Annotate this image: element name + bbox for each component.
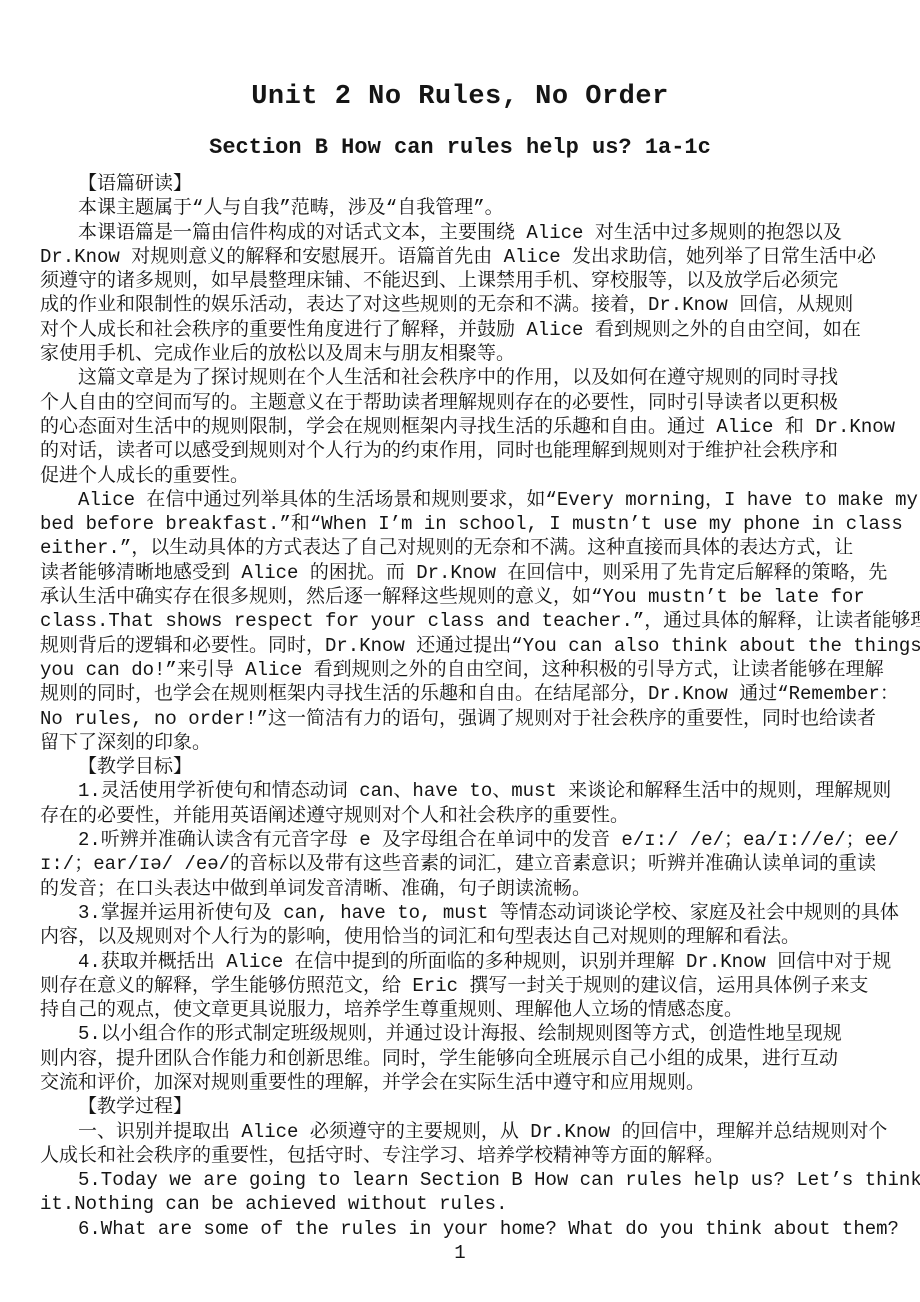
text-line: 5.Today we are going to learn Section B … — [40, 1168, 884, 1192]
text-line: 规则的同时，也学会在规则框架内寻找生活的乐趣和自由。在结尾部分，Dr.Know … — [40, 682, 884, 706]
text-line: 对个人成长和社会秩序的重要性角度进行了解释，并鼓励 Alice 看到规则之外的自… — [40, 318, 884, 342]
text-line: 2.听辨并准确认读含有元音字母 e 及字母组合在单词中的发音 e/ɪ:/ /e/… — [40, 828, 884, 852]
text-line: 的发音；在口头表达中做到单词发音清晰、准确，句子朗读流畅。 — [40, 877, 884, 901]
text-line: you can do!”来引导 Alice 看到规则之外的自由空间，这种积极的引… — [40, 658, 884, 682]
text-line: 留下了深刻的印象。 — [40, 731, 884, 755]
text-line: 承认生活中确实存在很多规则，然后逐一解释这些规则的意义，如“You mustn’… — [40, 585, 884, 609]
text-line: 内容，以及规则对个人行为的影响，使用恰当的词汇和句型表达自己对规则的理解和看法。 — [40, 925, 884, 949]
text-line: No rules, no order!”这一简洁有力的语句，强调了规则对于社会秩… — [40, 707, 884, 731]
text-line: bed before breakfast.”和“When I’m in scho… — [40, 512, 884, 536]
text-line: 3.掌握并运用祈使句及 can, have to, must 等情态动词谈论学校… — [40, 901, 884, 925]
document-title: Unit 2 No Rules, No Order — [0, 0, 920, 112]
text-line: Dr.Know 对规则意义的解释和安慰展开。语篇首先由 Alice 发出求助信，… — [40, 245, 884, 269]
text-line: 本课主题属于“人与自我”范畴，涉及“自我管理”。 — [40, 196, 884, 220]
text-line: 4.获取并概括出 Alice 在信中提到的所面临的多种规则，识别并理解 Dr.K… — [40, 950, 884, 974]
text-line: 人成长和社会秩序的重要性，包括守时、专注学习、培养学校精神等方面的解释。 — [40, 1144, 884, 1168]
text-line: 须遵守的诸多规则，如早晨整理床铺、不能迟到、上课禁用手机、穿校服等，以及放学后必… — [40, 269, 884, 293]
document-subtitle: Section B How can rules help us? 1a-1c — [0, 135, 920, 161]
text-line: class.That shows respect for your class … — [40, 609, 884, 633]
text-line: either.”，以生动具体的方式表达了自己对规则的无奈和不满。这种直接而具体的… — [40, 536, 884, 560]
text-line: Alice 在信中通过列举具体的生活场景和规则要求，如“Every mornin… — [40, 488, 884, 512]
text-line: 存在的必要性，并能用英语阐述遵守规则对个人和社会秩序的重要性。 — [40, 804, 884, 828]
text-line: 5.以小组合作的形式制定班级规则，并通过设计海报、绘制规则图等方式，创造性地呈现… — [40, 1022, 884, 1046]
text-line: it.Nothing can be achieved without rules… — [40, 1192, 884, 1216]
text-line: 这篇文章是为了探讨规则在个人生活和社会秩序中的作用，以及如何在遵守规则的同时寻找 — [40, 366, 884, 390]
text-line: 读者能够清晰地感受到 Alice 的困扰。而 Dr.Know 在回信中，则采用了… — [40, 561, 884, 585]
text-line: 一、识别并提取出 Alice 必须遵守的主要规则，从 Dr.Know 的回信中，… — [40, 1120, 884, 1144]
section-heading: 【教学目标】 — [40, 755, 884, 779]
text-line: 本课语篇是一篇由信件构成的对话式文本，主要围绕 Alice 对生活中过多规则的抱… — [40, 221, 884, 245]
text-line: ɪ:/；ear/ɪə/ /eə/的音标以及带有这些音素的词汇，建立音素意识；听辨… — [40, 852, 884, 876]
text-line: 1.灵活使用学祈使句和情态动词 can、have to、must 来谈论和解释生… — [40, 779, 884, 803]
text-line: 促进个人成长的重要性。 — [40, 464, 884, 488]
section-heading: 【语篇研读】 — [40, 172, 884, 196]
section-heading: 【教学过程】 — [40, 1095, 884, 1119]
text-line: 的对话，读者可以感受到规则对个人行为的约束作用，同时也能理解到规则对于维护社会秩… — [40, 439, 884, 463]
page-number: 1 — [0, 1242, 920, 1264]
text-line: 6.What are some of the rules in your hom… — [40, 1217, 884, 1241]
text-line: 则内容，提升团队合作能力和创新思维。同时，学生能够向全班展示自己小组的成果，进行… — [40, 1047, 884, 1071]
text-line: 则存在意义的解释，学生能够仿照范文，给 Eric 撰写一封关于规则的建议信，运用… — [40, 974, 884, 998]
text-line: 持自己的观点，使文章更具说服力，培养学生尊重规则、理解他人立场的情感态度。 — [40, 998, 884, 1022]
text-line: 家使用手机、完成作业后的放松以及周末与朋友相聚等。 — [40, 342, 884, 366]
document-page: Unit 2 No Rules, No Order Section B How … — [0, 0, 920, 1302]
text-line: 规则背后的逻辑和必要性。同时，Dr.Know 还通过提出“You can als… — [40, 634, 884, 658]
text-line: 交流和评价，加深对规则重要性的理解，并学会在实际生活中遵守和应用规则。 — [40, 1071, 884, 1095]
text-line: 成的作业和限制性的娱乐活动，表达了对这些规则的无奈和不满。接着，Dr.Know … — [40, 293, 884, 317]
text-line: 的心态面对生活中的规则限制，学会在规则框架内寻找生活的乐趣和自由。通过 Alic… — [40, 415, 884, 439]
text-line: 个人自由的空间而写的。主题意义在于帮助读者理解规则存在的必要性，同时引导读者以更… — [40, 391, 884, 415]
document-body: 【语篇研读】本课主题属于“人与自我”范畴，涉及“自我管理”。本课语篇是一篇由信件… — [40, 172, 884, 1241]
